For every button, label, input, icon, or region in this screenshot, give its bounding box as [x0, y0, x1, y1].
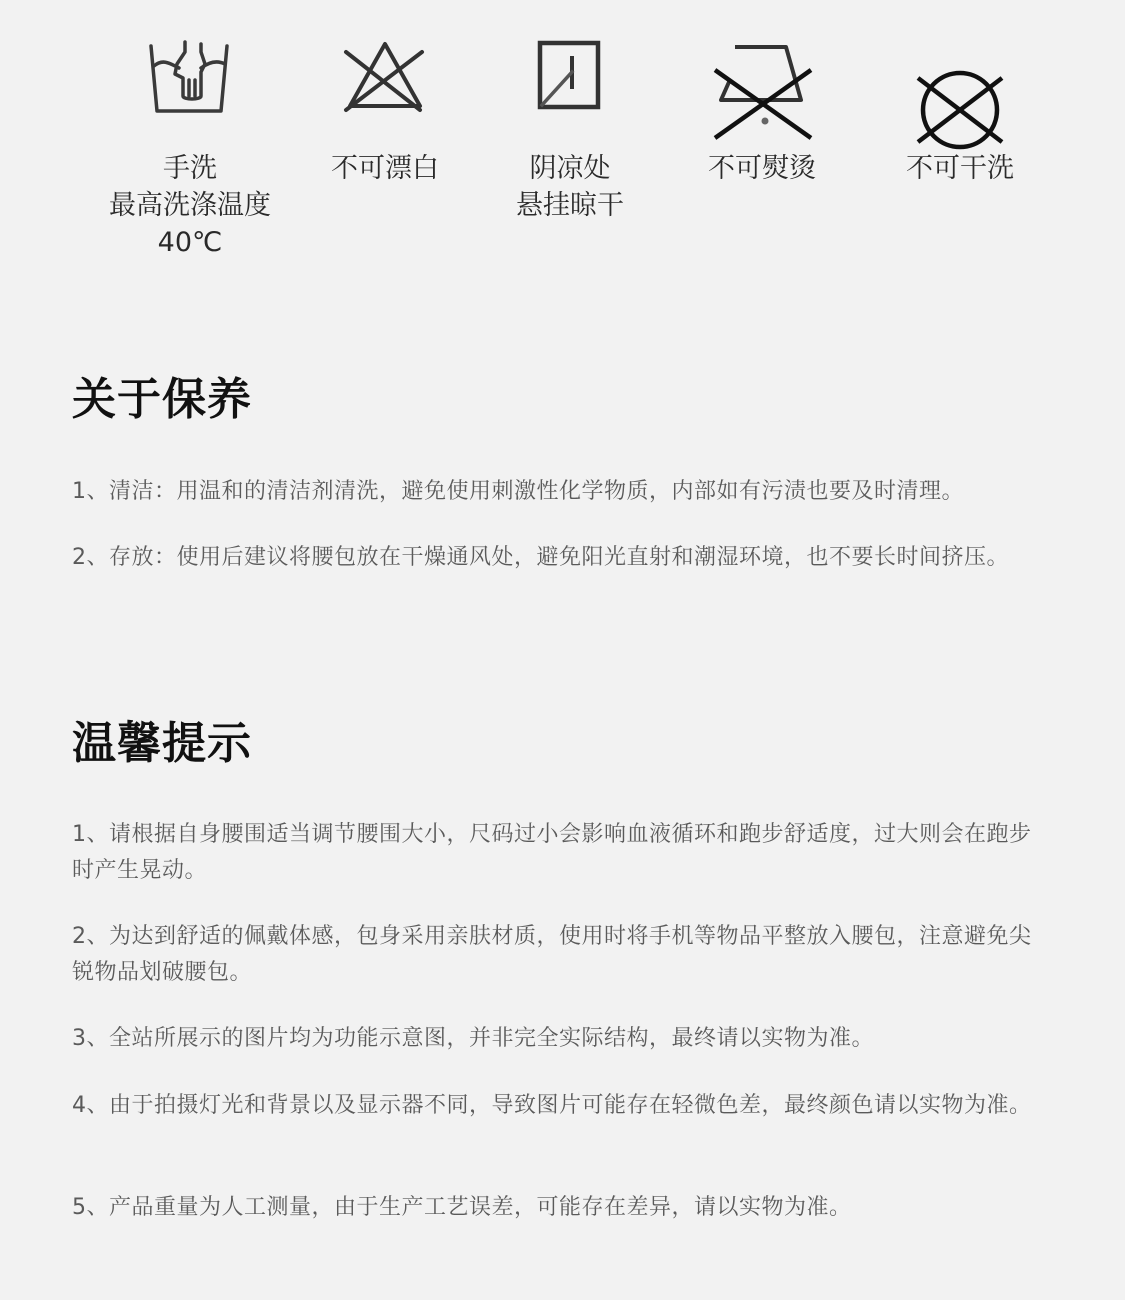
- line-dry-shade-icon: [525, 38, 615, 118]
- care-label: 不可熨烫: [652, 150, 872, 187]
- maintenance-item: 1、清洁：用温和的清洁剂清洗，避免使用刺激性化学物质，内部如有污渍也要及时清理。: [72, 474, 1052, 510]
- tip-item: 1、请根据自身腰围适当调节腰围大小，尺码过小会影响血液循环和跑步舒适度，过大则会…: [72, 817, 1032, 889]
- section-title-tips: 温馨提示: [72, 716, 252, 772]
- section-title-maintenance: 关于保养: [72, 372, 252, 428]
- care-item-no-dry-clean: 不可干洗: [850, 38, 1070, 150]
- care-label: 阴凉处 悬挂晾干: [460, 150, 680, 224]
- care-symbols-row: 手洗 最高洗涤温度 40℃ 不可漂白 阴凉处 悬挂晾干: [0, 0, 1125, 280]
- tip-item: 3、全站所展示的图片均为功能示意图，并非完全实际结构，最终请以实物为准。: [72, 1021, 1052, 1057]
- hand-wash-icon: [145, 38, 235, 118]
- tip-item: 4、由于拍摄灯光和背景以及显示器不同，导致图片可能存在轻微色差，最终颜色请以实物…: [72, 1088, 1032, 1124]
- maintenance-item: 2、存放：使用后建议将腰包放在干燥通风处，避免阳光直射和潮湿环境，也不要长时间挤…: [72, 540, 1057, 576]
- no-iron-icon: [707, 40, 817, 140]
- no-bleach-icon: [340, 38, 430, 118]
- care-label: 不可干洗: [850, 150, 1070, 187]
- care-item-no-iron: 不可熨烫: [652, 38, 872, 140]
- no-dry-clean-icon: [912, 70, 1008, 150]
- tip-item: 2、为达到舒适的佩戴体感，包身采用亲肤材质，使用时将手机等物品平整放入腰包，注意…: [72, 919, 1032, 991]
- care-label: 手洗 最高洗涤温度 40℃: [80, 150, 300, 261]
- care-item-line-dry-shade: 阴凉处 悬挂晾干: [460, 38, 680, 118]
- tip-item: 5、产品重量为人工测量，由于生产工艺误差，可能存在差异，请以实物为准。: [72, 1190, 1052, 1226]
- care-item-hand-wash: 手洗 最高洗涤温度 40℃: [80, 38, 300, 118]
